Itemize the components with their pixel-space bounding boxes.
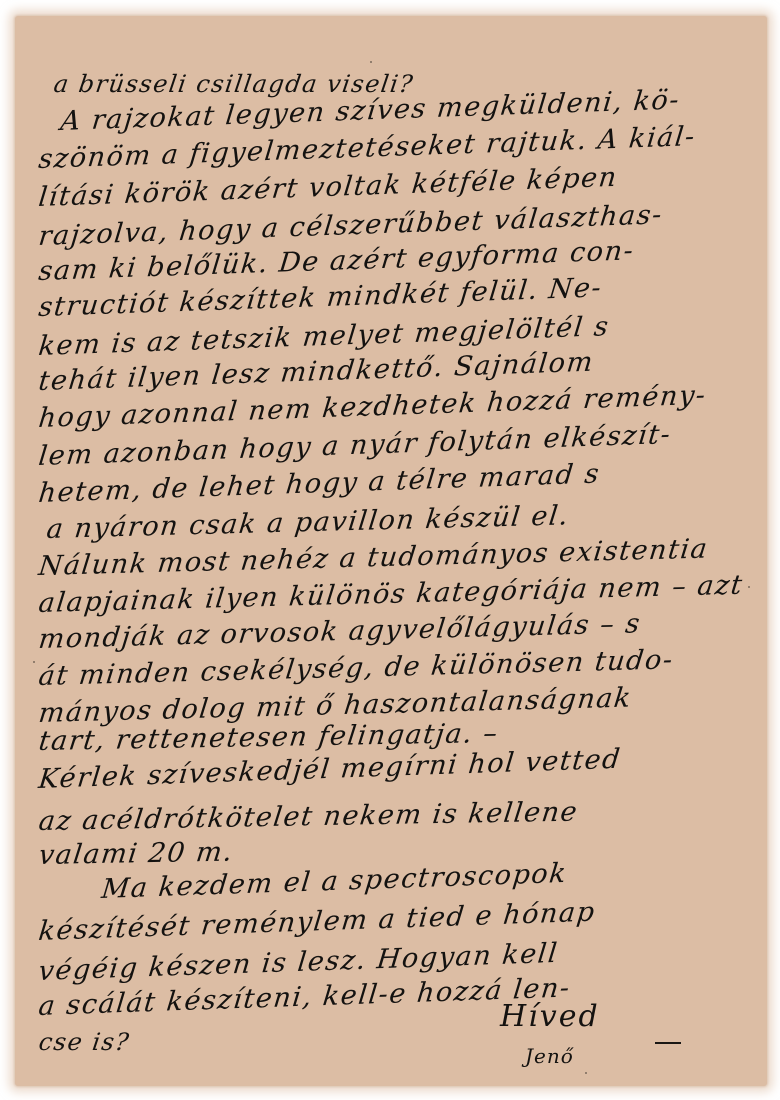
paper-speck [33, 661, 35, 663]
letter-line-1: a brüsseli csillagda viseli? [52, 70, 416, 98]
letter-page: a brüsseli csillagda viseli? A rajzokat … [15, 16, 767, 1086]
letter-line-21: az acéldrótkötelet nekem is kellene [37, 797, 580, 837]
signature-closing: Híved [500, 999, 600, 1034]
paper-speck [585, 1072, 587, 1074]
paper-speck [748, 586, 750, 588]
letter-line-22: valami 20 m. [37, 837, 235, 871]
signature-name: Jenő [525, 1044, 574, 1068]
paper-speck [370, 61, 372, 63]
signature-dash [655, 1042, 681, 1044]
letter-line-27: cse is? [37, 1028, 132, 1056]
